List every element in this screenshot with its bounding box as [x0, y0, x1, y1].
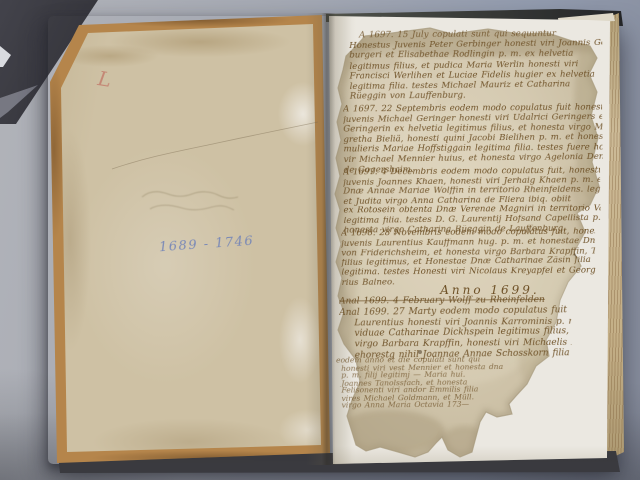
manuscript-line: A 1697. 22 Septembris eodem modo copulat… — [343, 102, 602, 114]
manuscript-line: Francisci Werlihen et Luciae Fidelis hug… — [350, 69, 603, 81]
photo-of-open-register-book: L 1689 - 1746 — [0, 0, 640, 480]
manuscript-entry-1699: Anal 1699. 4 February Wolff zu Rheinfeld… — [339, 294, 572, 362]
manuscript-line: von Friderichsheim, et honesta virgo Bar… — [341, 247, 595, 259]
manuscript-entry-1697-july: A 1697. 15 July copulati sunt qui sequun… — [349, 28, 603, 103]
manuscript-line: Laurentius honesti viri Joannis Karromin… — [339, 316, 571, 329]
manuscript-line: A 1697. 15 July copulati sunt qui sequun… — [349, 28, 602, 40]
manuscript-line: virgo Barbara Krapffin, honesti viri Mic… — [340, 338, 572, 351]
manuscript-line: A 1698. 28 Novembris eodem modo copulatu… — [341, 227, 595, 239]
book-gutter-shadow — [306, 13, 352, 465]
manuscript-line: eodem anno et die copulati sunt qui — [336, 355, 532, 364]
manuscript-entry-1697-september: A 1697. 22 Septembris eodem modo copulat… — [343, 102, 603, 176]
manuscript-line: virgo Anna Maria Octavia 173— — [337, 400, 533, 409]
manuscript-entry-faded-tail: eodem anno et die copulati sunt qui hone… — [336, 355, 533, 410]
manuscript-line: Felisonenti viri andor Emmilis filia — [336, 385, 532, 394]
manuscript-line: Anal 1699. 4 February Wolff zu Rheinfeld… — [339, 295, 571, 308]
manuscript-line: A 1697. 4 Decembris eodem modo copulatus… — [343, 166, 600, 178]
manuscript-line: p. m. filij legitimj — Maria hui. — [336, 370, 532, 379]
manuscript-entry-1698-november: A 1698. 28 Novembris eodem modo copulatu… — [341, 227, 596, 289]
manuscript-entry-1697-december: A 1697. 4 Decembris eodem modo copulatus… — [343, 166, 601, 236]
